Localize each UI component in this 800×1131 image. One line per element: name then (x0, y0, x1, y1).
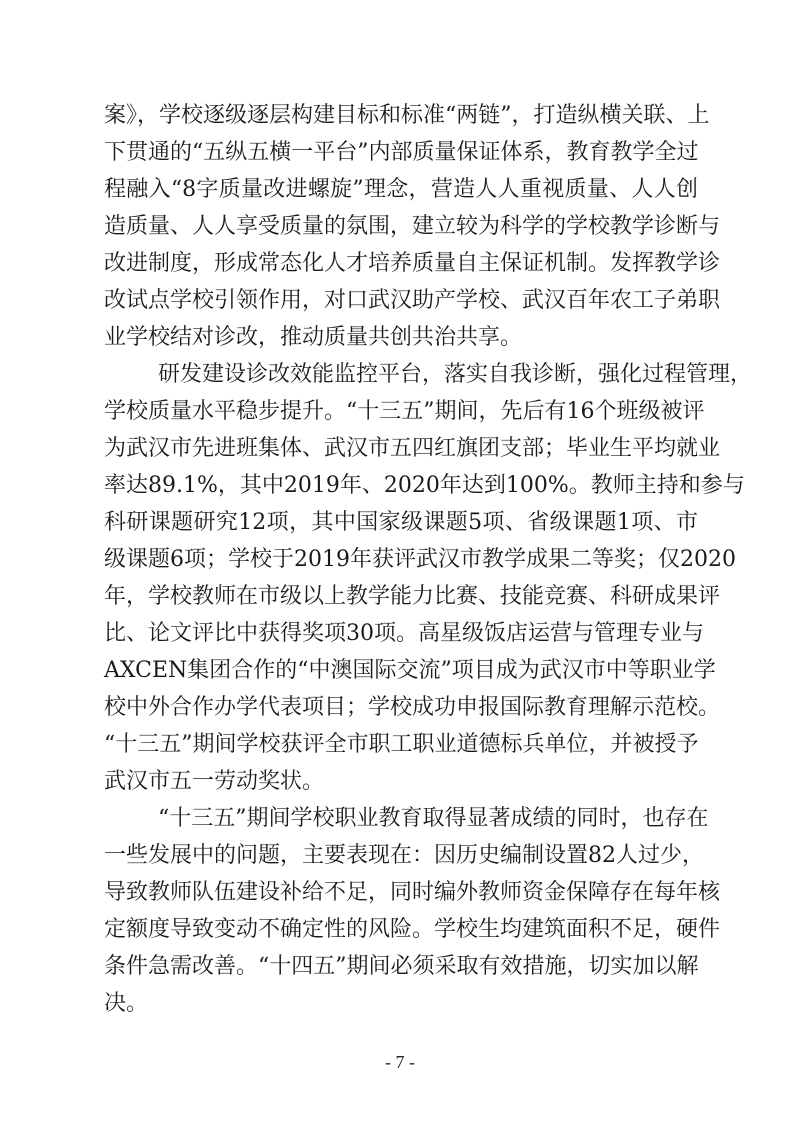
text-line: 决。 (104, 985, 698, 1022)
text-line: 造质量、人人享受质量的氛围，建立较为科学的学校教学诊断与 (104, 208, 698, 245)
text-line: 改进制度，形成常态化人才培养质量自主保证机制。发挥教学诊 (104, 245, 698, 282)
text-line: 研发建设诊改效能监控平台，落实自我诊断，强化过程管理， (104, 356, 698, 393)
text-line: 校中外合作办学代表项目；学校成功申报国际教育理解示范校。 (104, 689, 698, 726)
text-line: 比、论文评比中获得奖项30项。高星级饭店运营与管理专业与 (104, 615, 698, 652)
text-line: 业学校结对诊改，推动质量共创共治共享。 (104, 319, 698, 356)
text-line: 为武汉市先进班集体、武汉市五四红旗团支部；毕业生平均就业 (104, 430, 698, 467)
text-line: 级课题6项；学校于2019年获评武汉市教学成果二等奖；仅2020 (104, 541, 698, 578)
text-line: 一些发展中的问题，主要表现在：因历史编制设置82人过少， (104, 837, 698, 874)
text-line: 科研课题研究12项，其中国家级课题5项、省级课题1项、市 (104, 504, 698, 541)
text-line: 下贯通的“五纵五横一平台”内部质量保证体系，教育教学全过 (104, 134, 698, 171)
text-line: 武汉市五一劳动奖状。 (104, 763, 698, 800)
document-page: 案》，学校逐级逐层构建目标和标准“两链”，打造纵横关联、上 下贯通的“五纵五横一… (0, 0, 800, 1131)
text-line: 改试点学校引领作用，对口武汉助产学校、武汉百年农工子弟职 (104, 282, 698, 319)
text-line: “十三五”期间学校获评全市职工职业道德标兵单位，并被授予 (104, 726, 698, 763)
text-line: 条件急需改善。“十四五”期间必须采取有效措施，切实加以解 (104, 948, 698, 985)
text-line: 程融入“8字质量改进螺旋”理念，营造人人重视质量、人人创 (104, 171, 698, 208)
text-line: AXCEN集团合作的“中澳国际交流”项目成为武汉市中等职业学 (104, 652, 698, 689)
page-number: - 7 - (0, 1052, 800, 1073)
text-line: 率达89.1%，其中2019年、2020年达到100%。教师主持和参与 (104, 467, 698, 504)
text-line: 年，学校教师在市级以上教学能力比赛、技能竞赛、科研成果评 (104, 578, 698, 615)
text-line: 定额度导致变动不确定性的风险。学校生均建筑面积不足，硬件 (104, 911, 698, 948)
text-line: “十三五”期间学校职业教育取得显著成绩的同时，也存在 (104, 800, 698, 837)
text-line: 案》，学校逐级逐层构建目标和标准“两链”，打造纵横关联、上 (104, 97, 698, 134)
text-line: 学校质量水平稳步提升。“十三五”期间，先后有16个班级被评 (104, 393, 698, 430)
body-text: 案》，学校逐级逐层构建目标和标准“两链”，打造纵横关联、上 下贯通的“五纵五横一… (104, 97, 698, 1022)
text-line: 导致教师队伍建设补给不足，同时编外教师资金保障存在每年核 (104, 874, 698, 911)
